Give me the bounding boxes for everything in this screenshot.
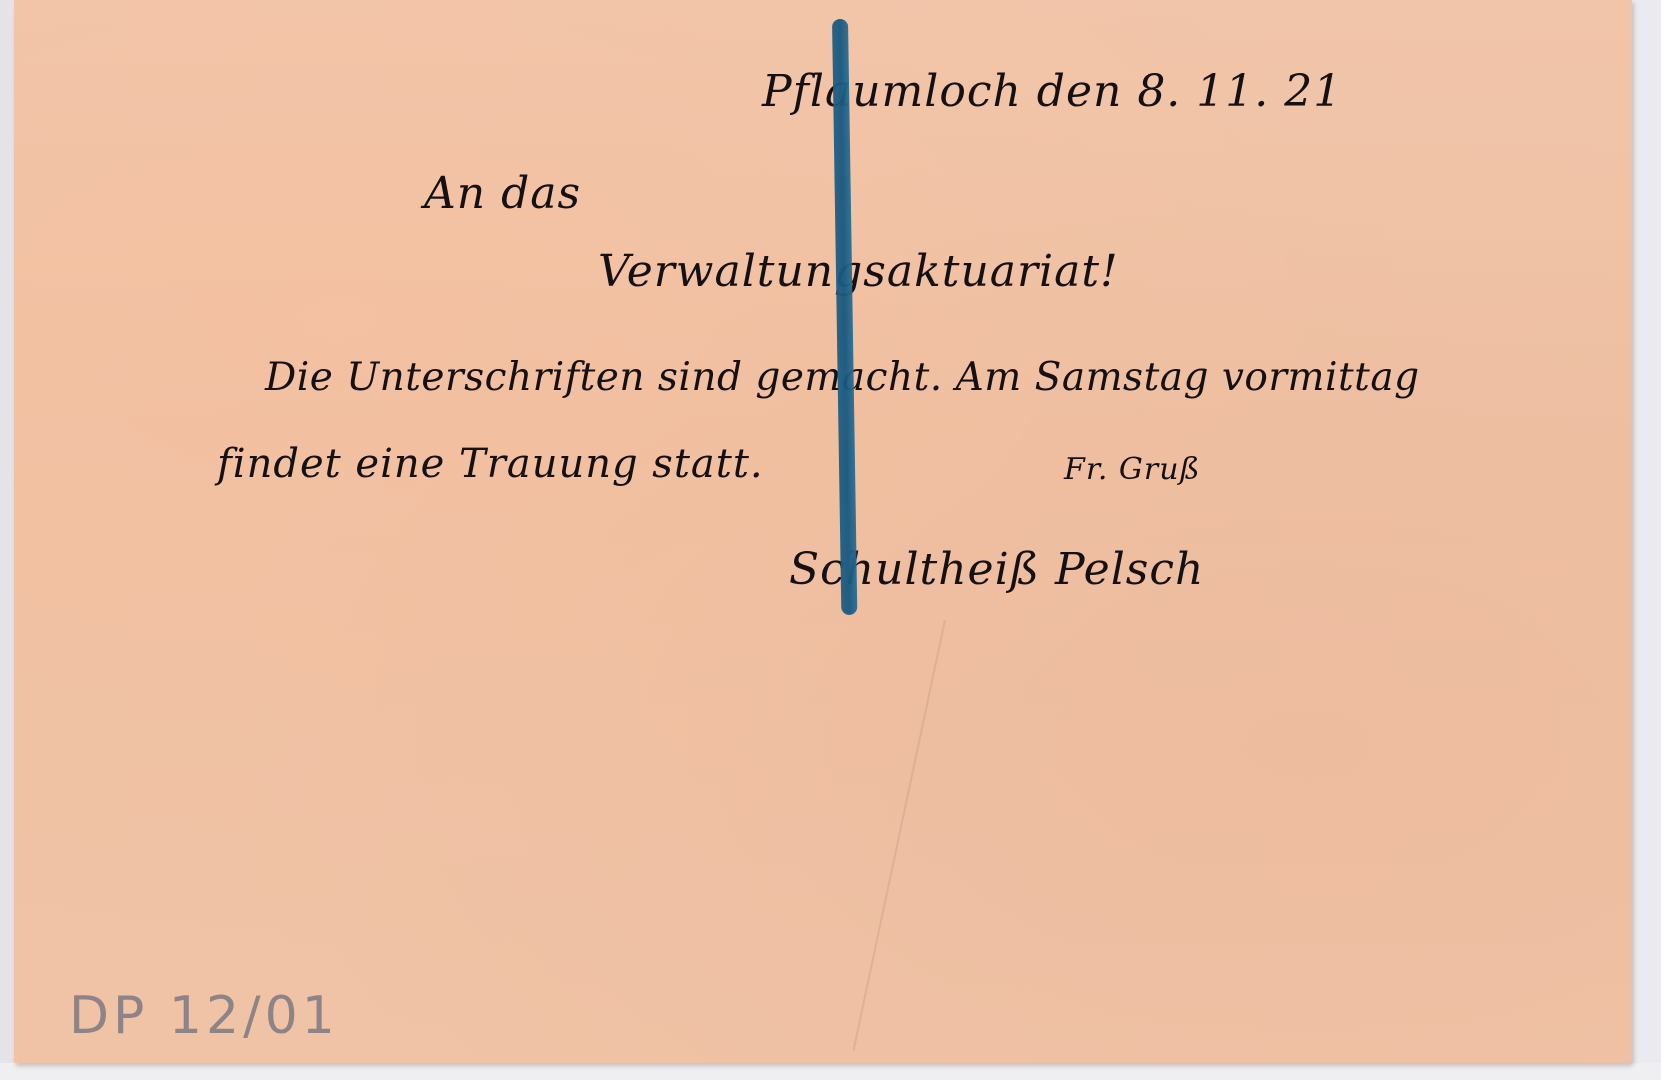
salutation: An das xyxy=(424,172,581,216)
scanner-margin-bottom xyxy=(0,1063,1661,1080)
paper-crease xyxy=(853,620,946,1051)
closing-greeting: Fr. Gruß xyxy=(1064,455,1201,485)
scanned-document: Pflaumloch den 8. 11. 21 An das Verwaltu… xyxy=(0,0,1661,1080)
body-line-2: findet eine Trauung statt. xyxy=(217,444,764,484)
postcard: Pflaumloch den 8. 11. 21 An das Verwaltu… xyxy=(14,0,1632,1063)
recipient: Verwaltungsaktuariat! xyxy=(598,250,1119,294)
archive-mark: DP 12/01 xyxy=(69,990,339,1042)
scanner-margin-left xyxy=(0,0,14,1080)
